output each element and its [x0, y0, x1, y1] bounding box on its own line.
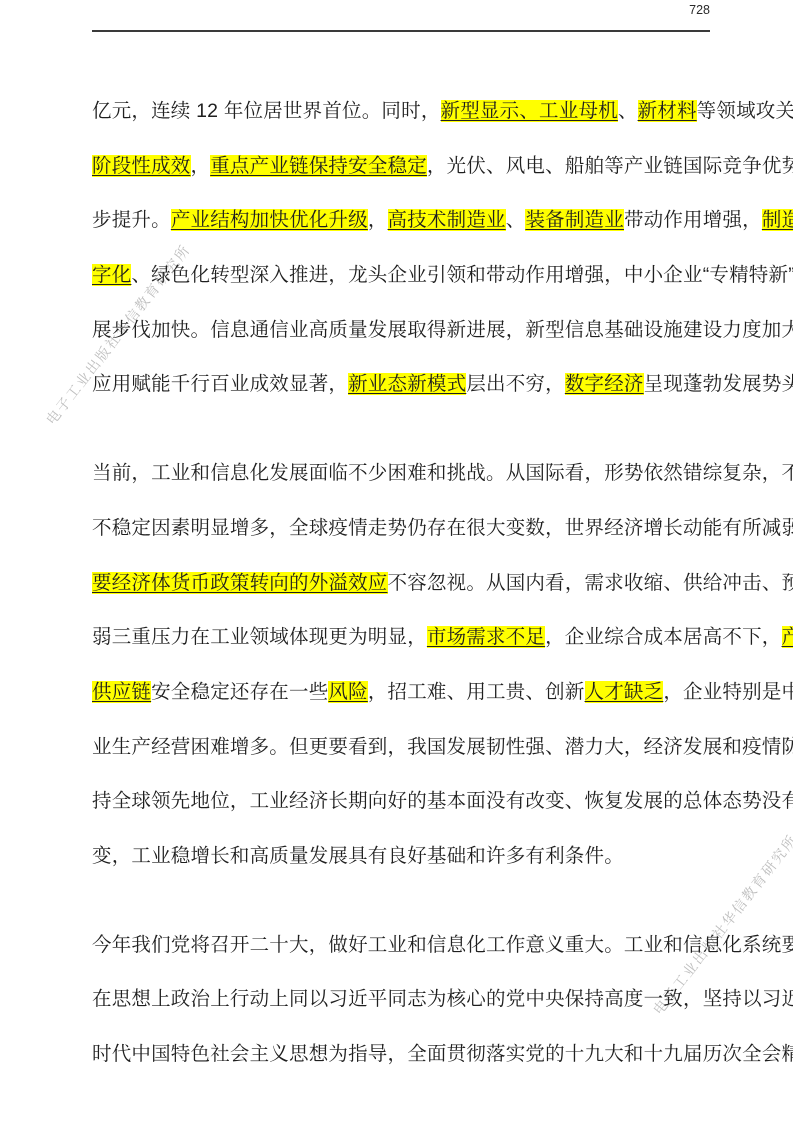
- highlighted-text: 要经济体货币政策转向的外溢效应: [92, 572, 388, 594]
- body-text: 今年我们党将召开二十大，做好工业和信息化工作意义重大。工业和信息化系统要始终: [92, 934, 793, 956]
- body-text: ，企业特别是中小企: [663, 681, 793, 703]
- body-text: 安全稳定还存在一些: [151, 681, 328, 703]
- highlighted-text: 市场需求不足: [427, 626, 545, 648]
- highlighted-text: 新业态新模式: [348, 373, 466, 395]
- body-text: 不稳定因素明显增多，全球疫情走势仍存在很大变数，世界经济增长动能有所减弱，: [92, 517, 793, 539]
- text-line: 要经济体货币政策转向的外溢效应不容忽视。从国内看，需求收缩、供给冲击、预期转: [92, 556, 702, 611]
- highlighted-text: 新材料: [638, 100, 697, 122]
- text-line: 字化、绿色化转型深入推进，龙头企业引领和带动作用增强，中小企业“专精特新”发: [92, 248, 702, 303]
- body-text: 、绿色化转型深入推进，龙头企业引领和带动作用增强，中小企业“专精特新”发: [131, 264, 793, 286]
- highlighted-text: 供应链: [92, 681, 151, 703]
- highlighted-text: 高技术制造业: [388, 209, 506, 231]
- highlighted-text: 新型显示、: [441, 100, 540, 122]
- highlighted-text: 人才缺乏: [585, 681, 664, 703]
- text-line: 阶段性成效，重点产业链保持安全稳定，光伏、风电、船舶等产业链国际竞争优势进一: [92, 139, 702, 194]
- body-text: ，: [191, 155, 211, 177]
- text-line: 弱三重压力在工业领域体现更为明显，市场需求不足，企业综合成本居高不下，产业链: [92, 610, 702, 665]
- body-text: 应用赋能千行百业成效显著，: [92, 373, 348, 395]
- highlighted-text: 装备制造业: [525, 209, 624, 231]
- body-text: 当前，工业和信息化发展面临不少困难和挑战。从国际看，形势依然错综复杂，不确定: [92, 462, 793, 484]
- text-line: 业生产经营困难增多。但更要看到，我国发展韧性强、潜力大，经济发展和疫情防控保: [92, 720, 702, 775]
- header-rule: [92, 30, 710, 32]
- page-number: 728: [92, 3, 710, 17]
- text-line: 步提升。产业结构加快优化升级，高技术制造业、装备制造业带动作用增强，制造业数: [92, 193, 702, 248]
- body-text: 业生产经营困难增多。但更要看到，我国发展韧性强、潜力大，经济发展和疫情防控保: [92, 736, 793, 758]
- text-line: 变，工业稳增长和高质量发展具有良好基础和许多有利条件。: [92, 829, 702, 884]
- body-text: 、: [618, 100, 638, 122]
- body-text: 、: [506, 209, 526, 231]
- paragraph: 今年我们党将召开二十大，做好工业和信息化工作意义重大。工业和信息化系统要始终在思…: [92, 918, 702, 1082]
- body-text: ，: [368, 209, 388, 231]
- body-text: 展步伐加快。信息通信业高质量发展取得新进展，新型信息基础设施建设力度加大，5G: [92, 319, 793, 341]
- text-line: 亿元，连续 12 年位居世界首位。同时，新型显示、工业母机、新材料等领域攻关取得: [92, 84, 702, 139]
- document-body: 亿元，连续 12 年位居世界首位。同时，新型显示、工业母机、新材料等领域攻关取得…: [92, 84, 702, 1082]
- body-text: 在思想上政治上行动上同以习近平同志为核心的党中央保持高度一致，坚持以习近平新: [92, 988, 793, 1010]
- text-line: 供应链安全稳定还存在一些风险，招工难、用工贵、创新人才缺乏，企业特别是中小企: [92, 665, 702, 720]
- body-text: 步提升。: [92, 209, 171, 231]
- text-line: 当前，工业和信息化发展面临不少困难和挑战。从国际看，形势依然错综复杂，不确定: [92, 446, 702, 501]
- body-text: 等领域攻关取得: [697, 100, 793, 122]
- text-line: 今年我们党将召开二十大，做好工业和信息化工作意义重大。工业和信息化系统要始终: [92, 918, 702, 973]
- highlighted-text: 风险: [328, 681, 367, 703]
- body-text: ，光伏、风电、船舶等产业链国际竞争优势进一: [427, 155, 793, 177]
- highlighted-text: 数字经济: [565, 373, 644, 395]
- body-text: 带动作用增强，: [624, 209, 762, 231]
- body-text: 时代中国特色社会主义思想为指导，全面贯彻落实党的十九大和十九届历次全会精神以: [92, 1043, 793, 1065]
- text-line: 持全球领先地位，工业经济长期向好的基本面没有改变、恢复发展的总体态势没有改: [92, 774, 702, 829]
- text-line: 应用赋能千行百业成效显著，新业态新模式层出不穷，数字经济呈现蓬勃发展势头。: [92, 357, 702, 412]
- highlighted-text: 制造业数: [762, 209, 793, 231]
- body-text: 呈现蓬勃发展势头。: [644, 373, 793, 395]
- text-line: 不稳定因素明显增多，全球疫情走势仍存在很大变数，世界经济增长动能有所减弱，主: [92, 501, 702, 556]
- paragraph: 亿元，连续 12 年位居世界首位。同时，新型显示、工业母机、新材料等领域攻关取得…: [92, 84, 702, 412]
- text-line: 展步伐加快。信息通信业高质量发展取得新进展，新型信息基础设施建设力度加大，5G: [92, 303, 702, 358]
- body-text: 变，工业稳增长和高质量发展具有良好基础和许多有利条件。: [92, 845, 624, 867]
- body-text: 层出不穷，: [466, 373, 565, 395]
- highlighted-text: 工业母机: [539, 100, 618, 122]
- highlighted-text: 重点产业链保持安全稳定: [210, 155, 427, 177]
- body-text: 亿元，连续 12 年位居世界首位。同时，: [92, 100, 441, 122]
- text-line: 在思想上政治上行动上同以习近平同志为核心的党中央保持高度一致，坚持以习近平新: [92, 972, 702, 1027]
- text-line: 时代中国特色社会主义思想为指导，全面贯彻落实党的十九大和十九届历次全会精神以: [92, 1027, 702, 1082]
- body-text: ，企业综合成本居高不下，: [545, 626, 781, 648]
- highlighted-text: 阶段性成效: [92, 155, 191, 177]
- document-page: 728 电子工业出版社华信教育研究所 电子工业出版社华信教育研究所 亿元，连续 …: [0, 0, 793, 1122]
- body-text: ，招工难、用工贵、创新: [368, 681, 585, 703]
- highlighted-text: 字化: [92, 264, 131, 286]
- highlighted-text: 产业结构加快优化升级: [171, 209, 368, 231]
- body-text: 持全球领先地位，工业经济长期向好的基本面没有改变、恢复发展的总体态势没有改: [92, 790, 793, 812]
- paragraph: 当前，工业和信息化发展面临不少困难和挑战。从国际看，形势依然错综复杂，不确定不稳…: [92, 446, 702, 884]
- body-text: 不容忽视。从国内看，需求收缩、供给冲击、预期转: [388, 572, 793, 594]
- highlighted-text: 产业链: [782, 626, 793, 648]
- body-text: 弱三重压力在工业领域体现更为明显，: [92, 626, 427, 648]
